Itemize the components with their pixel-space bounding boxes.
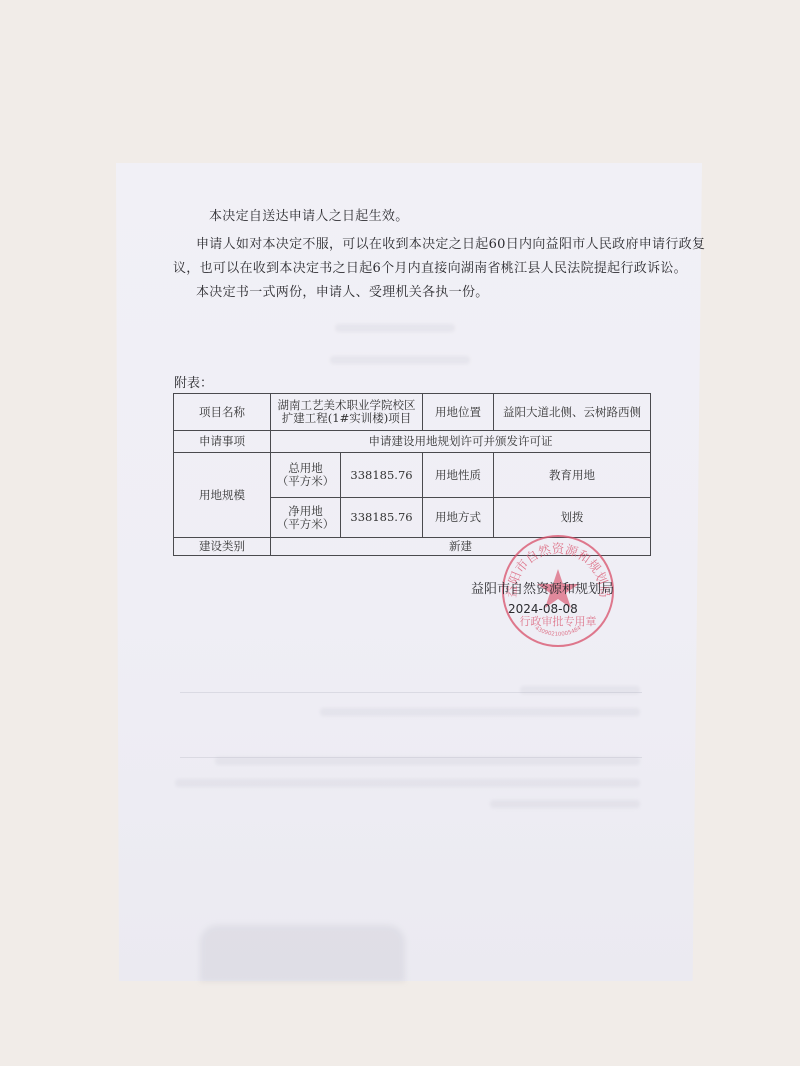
paragraph-copies: 本决定书一式两份，申请人、受理机关各执一份。: [196, 283, 489, 303]
seal-bottom-text: 行政审批专用章: [520, 614, 597, 628]
fold-shadow: [200, 925, 405, 982]
land-location-label: 用地位置: [423, 394, 494, 431]
show-through: [215, 757, 640, 765]
application-item-label: 申请事项: [174, 431, 271, 453]
table-row-total-land: 用地规模 总用地 （平方米） 338185.76 用地性质 教育用地: [174, 453, 651, 498]
paragraph-appeal-line1: 申请人如对本决定不服，可以在收到本决定之日起60日内向益阳市人民政府申请行政复: [196, 235, 705, 255]
show-through: [520, 686, 640, 694]
application-item-value: 申请建设用地规划许可并颁发许可证: [271, 431, 651, 453]
land-method-label: 用地方式: [423, 498, 494, 538]
land-nature-value: 教育用地: [494, 453, 651, 498]
show-through: [175, 779, 640, 787]
construction-type-label: 建设类别: [174, 538, 271, 556]
show-through: [330, 356, 470, 364]
land-scale-label: 用地规模: [174, 453, 271, 538]
net-land-value: 338185.76: [341, 498, 423, 538]
show-through: [490, 800, 640, 808]
signing-date: 2024-08-08: [508, 602, 578, 616]
land-location-value: 益阳大道北侧、云树路西侧: [494, 394, 651, 431]
table-row-application: 申请事项 申请建设用地规划许可并颁发许可证: [174, 431, 651, 453]
table-row-project: 项目名称 湖南工艺美术职业学院校区扩建工程(1#实训楼)项目 用地位置 益阳大道…: [174, 394, 651, 431]
land-method-value: 划拨: [494, 498, 651, 538]
total-land-value: 338185.76: [341, 453, 423, 498]
appendix-table: 项目名称 湖南工艺美术职业学院校区扩建工程(1#实训楼)项目 用地位置 益阳大道…: [173, 393, 651, 556]
signing-organization: 益阳市自然资源和规划局: [471, 578, 614, 597]
show-through: [335, 324, 455, 332]
total-land-label: 总用地 （平方米）: [271, 453, 341, 498]
appendix-label: 附表：: [174, 372, 213, 391]
net-land-label: 净用地 （平方米）: [271, 498, 341, 538]
project-name-label: 项目名称: [174, 394, 271, 431]
paragraph-appeal-line2: 议，也可以在收到本决定书之日起6个月内直接向湖南省桃江县人民法院提起行政诉讼。: [173, 259, 687, 279]
land-nature-label: 用地性质: [423, 453, 494, 498]
paragraph-effective: 本决定自送达申请人之日起生效。: [209, 207, 409, 227]
show-through: [320, 708, 640, 716]
project-name-value: 湖南工艺美术职业学院校区扩建工程(1#实训楼)项目: [271, 394, 423, 431]
